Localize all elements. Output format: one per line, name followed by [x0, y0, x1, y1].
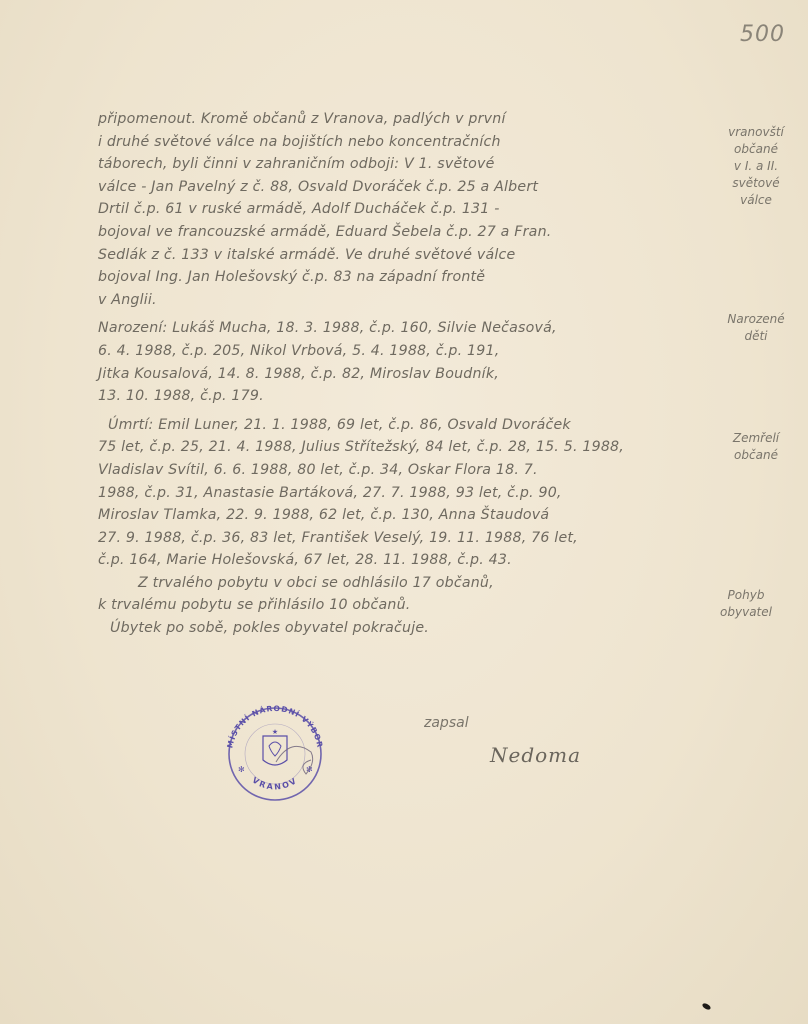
ink-spot	[701, 1002, 711, 1011]
text-line: Úmrtí: Emil Luner, 21. 1. 1988, 69 let, …	[98, 414, 698, 437]
text-line: válce - Jan Pavelný z č. 88, Osvald Dvor…	[98, 176, 698, 199]
text-line: Drtil č.p. 61 v ruské armádě, Adolf Duch…	[98, 198, 698, 221]
text-line: bojoval Ing. Jan Holešovský č.p. 83 na z…	[98, 266, 698, 289]
margin-line: občané	[706, 141, 806, 158]
text-line: Úbytek po sobě, pokles obyvatel pokračuj…	[98, 617, 698, 640]
text-line: Sedlák z č. 133 v italské armádě. Ve dru…	[98, 244, 698, 267]
text-line: táborech, byli činni v zahraničním odboj…	[98, 153, 698, 176]
margin-line: v I. a II.	[706, 158, 806, 175]
margin-note-war-veterans: vranovští občané v I. a II. světové válc…	[706, 124, 806, 209]
text-line: Miroslav Tlamka, 22. 9. 1988, 62 let, č.…	[98, 504, 698, 527]
text-line: Vladislav Svítil, 6. 6. 1988, 80 let, č.…	[98, 459, 698, 482]
margin-line: občané	[706, 447, 806, 464]
margin-note-births: Narozené děti	[706, 311, 806, 345]
signature-label: zapsal	[424, 715, 581, 731]
official-stamp: MÍSTNÍ NÁRODNÍ VÝBOR VRANOV ★ ✻ ✻	[216, 702, 334, 802]
text-line: 6. 4. 1988, č.p. 205, Nikol Vrbová, 5. 4…	[98, 340, 698, 363]
margin-line: Pohyb	[696, 587, 796, 604]
chronicle-text: připomenout. Kromě občanů z Vranova, pad…	[98, 108, 698, 640]
births-paragraph: Narození: Lukáš Mucha, 18. 3. 1988, č.p.…	[98, 317, 698, 407]
text-line: 1988, č.p. 31, Anastasie Bartáková, 27. …	[98, 482, 698, 505]
chronicle-page: 500 připomenout. Kromě občanů z Vranova,…	[0, 0, 808, 1024]
text-line: 13. 10. 1988, č.p. 179.	[98, 385, 698, 408]
text-line: č.p. 164, Marie Holešovská, 67 let, 28. …	[98, 549, 698, 572]
deaths-paragraph: Úmrtí: Emil Luner, 21. 1. 1988, 69 let, …	[98, 414, 698, 572]
text-line: k trvalému pobytu se přihlásilo 10 občan…	[98, 594, 698, 617]
text-line: bojoval ve francouzské armádě, Eduard Še…	[98, 221, 698, 244]
signature-name: Nedoma	[490, 743, 581, 767]
text-line: Z trvalého pobytu v obci se odhlásilo 17…	[98, 572, 698, 595]
stamp-emblem-icon: MÍSTNÍ NÁRODNÍ VÝBOR VRANOV ★ ✻ ✻	[216, 702, 334, 802]
svg-text:★: ★	[272, 728, 278, 736]
svg-text:VRANOV: VRANOV	[251, 776, 300, 792]
margin-line: obyvatel	[696, 604, 796, 621]
margin-note-deaths: Zemřelí občané	[706, 430, 806, 464]
margin-line: Narozené	[706, 311, 806, 328]
margin-note-population: Pohyb obyvatel	[696, 587, 796, 621]
signature-block: zapsal Nedoma	[420, 715, 581, 767]
population-movement-paragraph: Z trvalého pobytu v obci se odhlásilo 17…	[98, 572, 698, 640]
text-line: Jitka Kousalová, 14. 8. 1988, č.p. 82, M…	[98, 363, 698, 386]
margin-line: světové	[706, 175, 806, 192]
war-veterans-paragraph: připomenout. Kromě občanů z Vranova, pad…	[98, 108, 698, 311]
text-line: Narození: Lukáš Mucha, 18. 3. 1988, č.p.…	[98, 317, 698, 340]
margin-line: děti	[706, 328, 806, 345]
text-line: 75 let, č.p. 25, 21. 4. 1988, Julius Stř…	[98, 436, 698, 459]
svg-text:✻: ✻	[238, 765, 245, 774]
page-number: 500	[740, 22, 785, 47]
text-line: v Anglii.	[98, 289, 698, 312]
margin-line: vranovští	[706, 124, 806, 141]
text-line: i druhé světové válce na bojištích nebo …	[98, 131, 698, 154]
margin-line: válce	[706, 192, 806, 209]
text-line: připomenout. Kromě občanů z Vranova, pad…	[98, 108, 698, 131]
margin-line: Zemřelí	[706, 430, 806, 447]
text-line: 27. 9. 1988, č.p. 36, 83 let, František …	[98, 527, 698, 550]
